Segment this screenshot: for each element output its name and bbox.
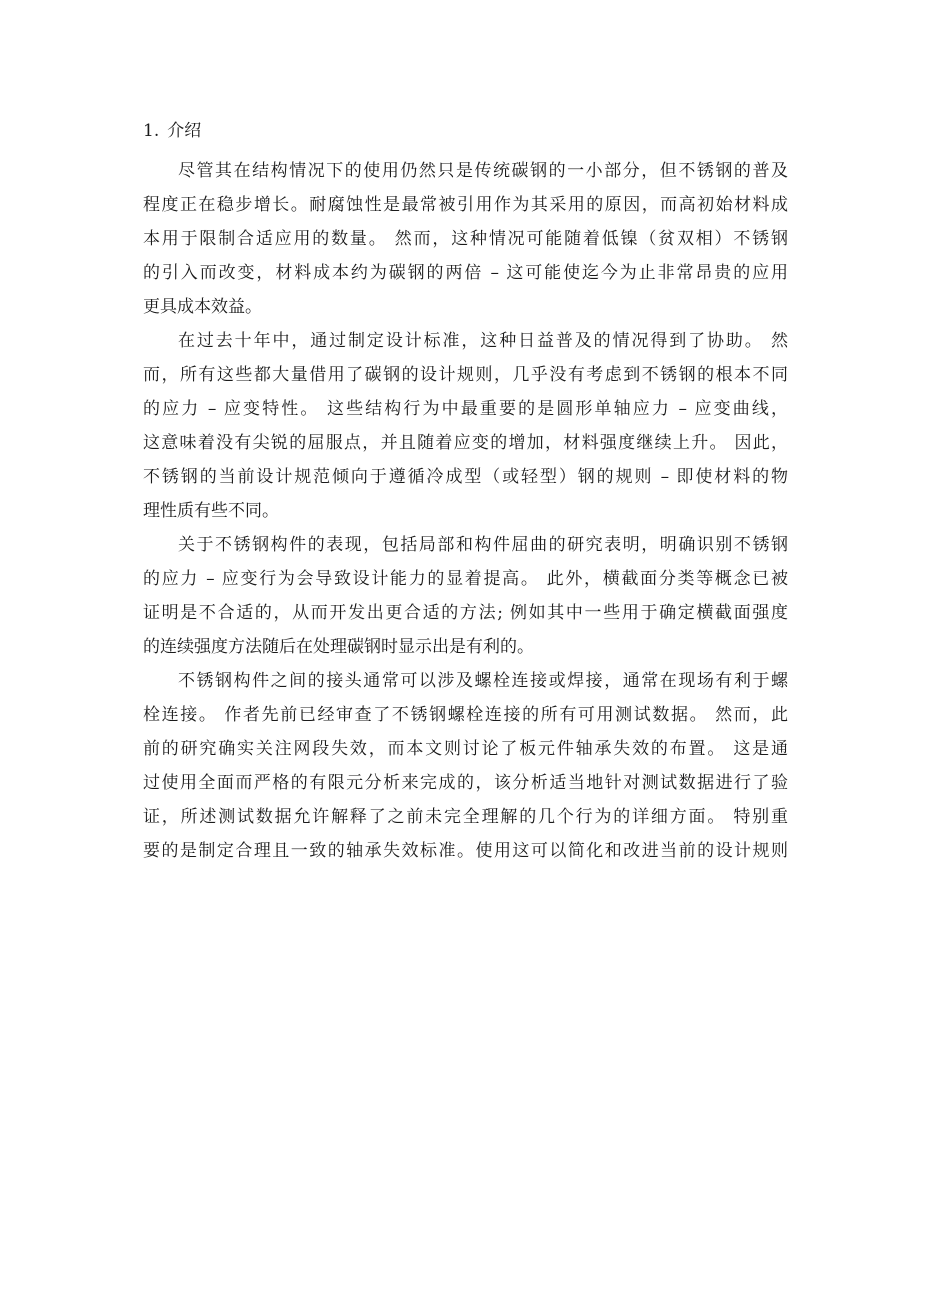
text-line: 的引入而改变，材料成本约为碳钢的两倍 – 这可能使迄今为止非常昂贵的应用 [143,256,788,290]
text-line: 栓连接。 作者先前已经审查了不锈钢螺栓连接的所有可用测试数据。 然而，此 [143,698,788,732]
text-line: 的连续强度方法随后在处理碳钢时显示出是有利的。 [143,630,788,664]
text-line: 过使用全面而严格的有限元分析来完成的，该分析适当地针对测试数据进行了验 [143,766,788,800]
text-line: 不锈钢的当前设计规范倾向于遵循冷成型（或轻型）钢的规则 – 即使材料的物 [143,460,788,494]
paragraph: 不锈钢构件之间的接头通常可以涉及螺栓连接或焊接，通常在现场有利于螺 栓连接。 作… [143,664,788,868]
paragraph: 关于不锈钢构件的表现，包括局部和构件屈曲的研究表明，明确识别不锈钢 的应力 – … [143,528,788,664]
text-line: 证明是不合适的，从而开发出更合适的方法; 例如其中一些用于确定横截面强度 [143,596,788,630]
text-line: 理性质有些不同。 [143,494,788,528]
section-heading: 1.介绍 [143,118,788,144]
text-line: 不锈钢构件之间的接头通常可以涉及螺栓连接或焊接，通常在现场有利于螺 [143,664,788,698]
text-line: 在过去十年中，通过制定设计标准，这种日益普及的情况得到了协助。 然 [143,324,788,358]
text-line: 前的研究确实关注网段失效，而本文则讨论了板元件轴承失效的布置。 这是通 [143,732,788,766]
text-line: 尽管其在结构情况下的使用仍然只是传统碳钢的一小部分，但不锈钢的普及 [143,154,788,188]
section-number: 1. [143,121,159,141]
text-line: 本用于限制合适应用的数量。 然而，这种情况可能随着低镍（贫双相）不锈钢 [143,222,788,256]
text-line: 的应力 – 应变特性。 这些结构行为中最重要的是圆形单轴应力 – 应变曲线， [143,392,788,426]
document-page: 1.介绍 尽管其在结构情况下的使用仍然只是传统碳钢的一小部分，但不锈钢的普及 程… [143,118,788,868]
text-line: 关于不锈钢构件的表现，包括局部和构件屈曲的研究表明，明确识别不锈钢 [143,528,788,562]
text-line: 的应力 – 应变行为会导致设计能力的显着提高。 此外，横截面分类等概念已被 [143,562,788,596]
text-line: 要的是制定合理且一致的轴承失效标准。使用这可以简化和改进当前的设计规则 [143,834,788,868]
paragraph: 尽管其在结构情况下的使用仍然只是传统碳钢的一小部分，但不锈钢的普及 程度正在稳步… [143,154,788,324]
text-line: 证，所述测试数据允许解释了之前未完全理解的几个行为的详细方面。 特别重 [143,800,788,834]
text-line: 更具成本效益。 [143,290,788,324]
section-title: 介绍 [167,121,201,141]
text-line: 这意味着没有尖锐的屈服点，并且随着应变的增加，材料强度继续上升。 因此， [143,426,788,460]
paragraph: 在过去十年中，通过制定设计标准，这种日益普及的情况得到了协助。 然 而，所有这些… [143,324,788,528]
text-line: 而，所有这些都大量借用了碳钢的设计规则，几乎没有考虑到不锈钢的根本不同 [143,358,788,392]
text-line: 程度正在稳步增长。耐腐蚀性是最常被引用作为其采用的原因，而高初始材料成 [143,188,788,222]
